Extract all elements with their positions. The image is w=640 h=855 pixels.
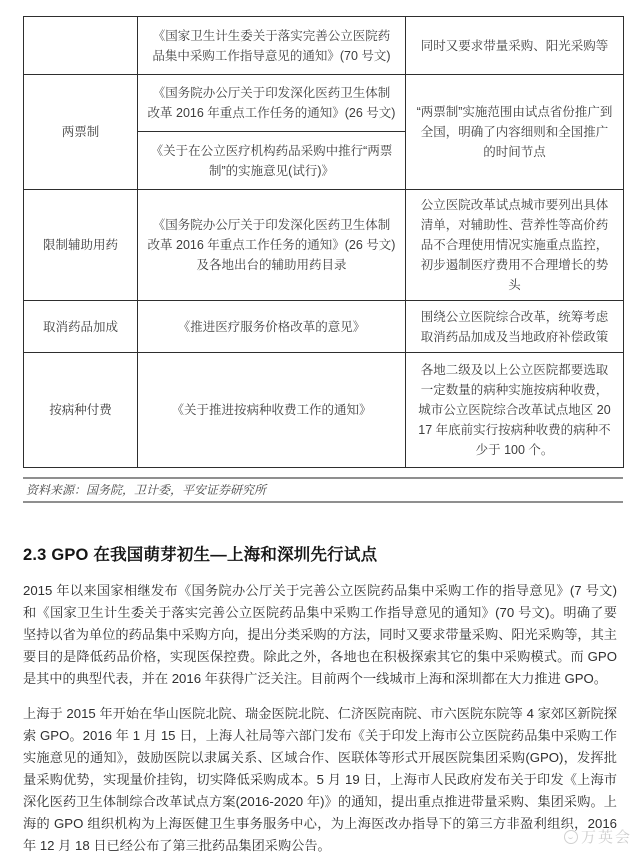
measure-cell xyxy=(24,17,138,75)
document-cell: 《关于在公立医疗机构药品采购中推行“两票制”的实施意见(试行)》 xyxy=(138,132,406,190)
measure-cell: 按病种付费 xyxy=(24,353,138,468)
document-cell: 《国务院办公厅关于印发深化医药卫生体制改革 2016 年重点工作任务的通知》(2… xyxy=(138,75,406,132)
table-row: 按病种付费 《关于推进按病种收费工作的通知》 各地二级及以上公立医院都要选取一定… xyxy=(24,353,624,468)
effect-cell: “两票制”实施范围由试点省份推广到全国，明确了内容细则和全国推广的时间节点 xyxy=(406,75,624,190)
document-cell: 《国务院办公厅关于印发深化医药卫生体制改革 2016 年重点工作任务的通知》(2… xyxy=(138,190,406,301)
effect-cell: 各地二级及以上公立医院都要选取一定数量的病种实施按病种收费，城市公立医院综合改革… xyxy=(406,353,624,468)
report-page: 《国家卫生计生委关于落实完善公立医院药品集中采购工作指导意见的通知》(70 号文… xyxy=(0,0,640,855)
measure-cell: 取消药品加成 xyxy=(24,301,138,353)
table-row: 取消药品加成 《推进医疗服务价格改革的意见》 围绕公立医院综合改革，统筹考虑取消… xyxy=(24,301,624,353)
effect-cell: 同时又要求带量采购、阳光采购等 xyxy=(406,17,624,75)
table-row: 限制辅助用药 《国务院办公厅关于印发深化医药卫生体制改革 2016 年重点工作任… xyxy=(24,190,624,301)
policy-table: 《国家卫生计生委关于落实完善公立医院药品集中采购工作指导意见的通知》(70 号文… xyxy=(23,16,624,468)
effect-cell: 公立医院改革试点城市要列出具体清单，对辅助性、营养性等高价药品不合理使用情况实施… xyxy=(406,190,624,301)
section-heading: 2.3 GPO 在我国萌芽初生—上海和深圳先行试点 xyxy=(23,545,623,566)
table-row: 两票制 《国务院办公厅关于印发深化医药卫生体制改革 2016 年重点工作任务的通… xyxy=(24,75,624,132)
paragraph-1: 2015 年以来国家相继发布《国务院办公厅关于完善公立医院药品集中采购工作的指导… xyxy=(23,580,617,690)
source-note: 资料来源：国务院，卫计委，平安证券研究所 xyxy=(23,477,623,503)
measure-cell: 两票制 xyxy=(24,75,138,190)
document-cell: 《推进医疗服务价格改革的意见》 xyxy=(138,301,406,353)
document-cell: 《国家卫生计生委关于落实完善公立医院药品集中采购工作指导意见的通知》(70 号文… xyxy=(138,17,406,75)
document-cell: 《关于推进按病种收费工作的通知》 xyxy=(138,353,406,468)
table-row: 《国家卫生计生委关于落实完善公立医院药品集中采购工作指导意见的通知》(70 号文… xyxy=(24,17,624,75)
measure-cell: 限制辅助用药 xyxy=(24,190,138,301)
effect-cell: 围绕公立医院综合改革，统筹考虑取消药品加成及当地政府补偿政策 xyxy=(406,301,624,353)
paragraph-2: 上海于 2015 年开始在华山医院北院、瑞金医院北院、仁济医院南院、市六医院东院… xyxy=(23,703,617,855)
